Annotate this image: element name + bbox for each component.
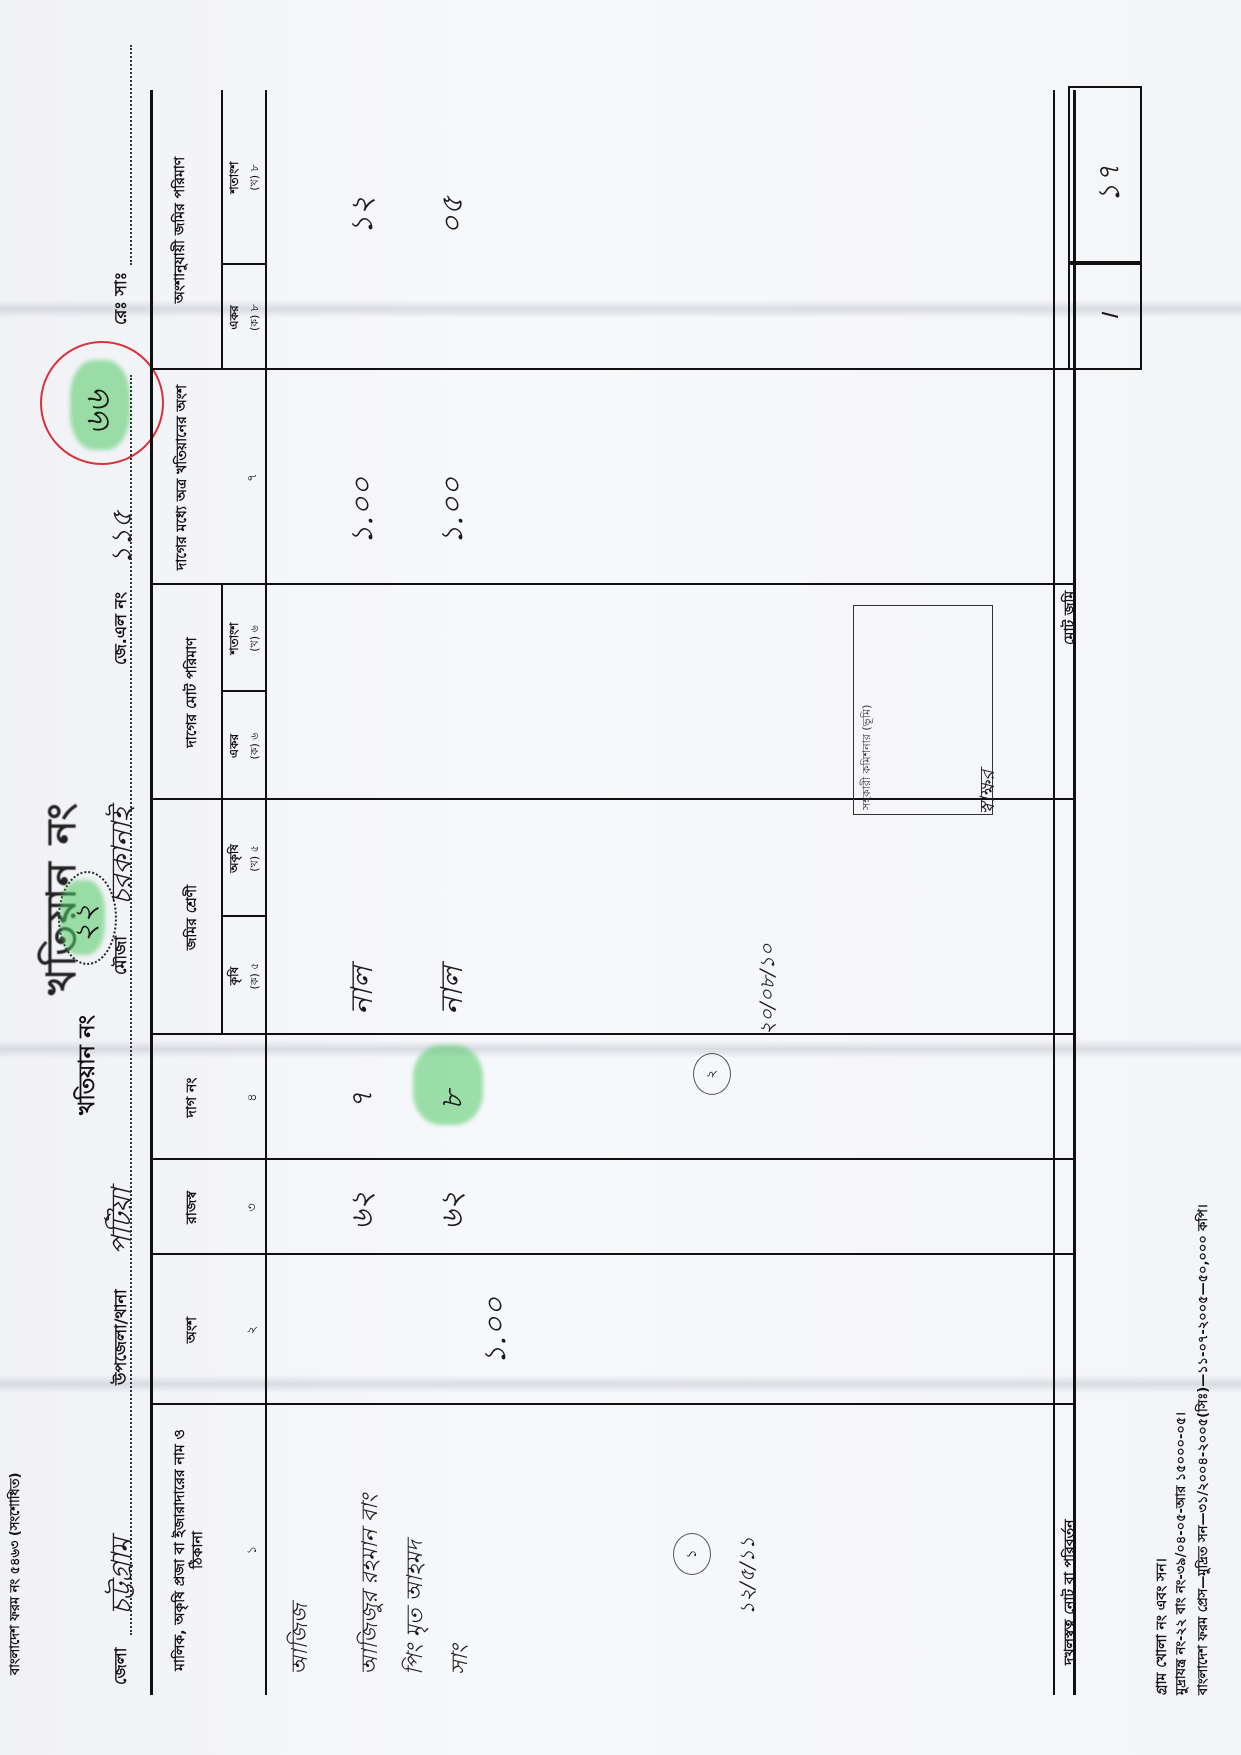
header-decimal: শতাংশ: [227, 90, 243, 265]
area-decimal-value: ১২: [338, 196, 389, 235]
scanned-page: বাংলাদেশ ফরম নং ৫৪৬৩ (সংশোধিত) খতিয়ান ন…: [0, 0, 1241, 1755]
col-number: ৩: [243, 1160, 264, 1255]
header-dag-no: দাগ নং: [183, 1035, 201, 1160]
footer-line-2: মুদ্রাযন্ত্র নং-২২ বাং নং-৩৯/০৪-০৫-আর ১৫…: [1172, 1412, 1193, 1695]
footer-line-3: বাংলাদেশ ফরম প্রেস—মুদ্রিত সন—৩১/২০০৪-২০…: [1194, 1204, 1215, 1695]
share-value: ১.০০: [471, 1297, 522, 1365]
annotation-date: ২০/০৮/১০: [753, 944, 786, 1035]
total-acre-box: ।: [1068, 261, 1142, 370]
owner-entry: পিং মৃত আহমদ: [398, 1541, 435, 1675]
resa-label: রেঃ সাঃ: [108, 272, 135, 325]
khatian-share-value: ১.০০: [338, 477, 389, 545]
owner-entry: সাং: [443, 1645, 480, 1675]
footer-line-1: গ্রাম খোলা নং এবং সন।: [1150, 1558, 1174, 1695]
total-label: মোট জমি: [1058, 591, 1082, 645]
district-label: জেলা: [108, 1648, 135, 1685]
upazila-value: পটিয়া: [100, 1188, 147, 1255]
total-decimal: ১৭: [1085, 164, 1136, 203]
header-khatian-share: দাগের মধ্যে অত্র খতিয়ানের অংশ: [173, 370, 191, 585]
revenue-value: ৬২: [428, 1191, 479, 1230]
khatian-table: মালিক, অকৃষি প্রজা বা ইজারাদারের নাম ও ঠ…: [150, 90, 1076, 1695]
col-number: ২: [243, 1255, 264, 1405]
mouza-value: চরকানাই: [100, 807, 147, 905]
annotation-circle: ২: [693, 1053, 731, 1095]
col-number: ৪: [243, 1035, 264, 1160]
col-number: (ক) ৮: [246, 265, 265, 370]
header-acre: একর: [227, 692, 243, 800]
header-land-class: জমির শ্রেণী: [183, 800, 201, 1035]
annotation-circle-text: ২: [700, 1069, 724, 1078]
owner-entry: আজিজুর রহমান বাং: [353, 1494, 390, 1675]
revenue-value: ৬২: [338, 1191, 389, 1230]
header-share: অংশ: [183, 1255, 201, 1405]
annotation-circle: ১: [673, 1533, 711, 1575]
signature: স্বাক্ষর: [973, 770, 1006, 815]
col-number: (খ) ৬: [246, 585, 265, 692]
header-agri: কৃষি: [227, 917, 243, 1035]
annotation-date: ১২/৫/১১: [733, 1537, 766, 1615]
official-stamp: সহকারী কমিশনার (ভূমি): [853, 605, 993, 815]
form-code: বাংলাদেশ ফরম নং ৫৪৬৩ (সংশোধিত): [6, 1473, 27, 1675]
land-class-value: নাল: [338, 966, 389, 1015]
remarks-label: দখলস্বত্ব নোট বা পরিবর্তন: [1058, 1519, 1082, 1665]
header-revenue: রাজস্ব: [183, 1160, 201, 1255]
header-proportional-area: অংশানুযায়ী জমির পরিমাণ: [171, 90, 189, 370]
header-dag-total: দাগের মোট পরিমাণ: [183, 585, 201, 800]
header-owner: মালিক, অকৃষি প্রজা বা ইজারাদারের নাম ও ঠ…: [171, 1415, 207, 1685]
col-number: (ক) ৫: [246, 917, 265, 1035]
total-decimal-box: ১৭: [1068, 86, 1142, 265]
col-number: ১: [243, 1415, 264, 1685]
stamp-text: সহকারী কমিশনার (ভূমি): [860, 705, 873, 810]
green-highlight: [413, 1045, 483, 1125]
total-acre: ।: [1090, 313, 1126, 323]
col-number: (খ) ৮: [246, 90, 265, 265]
land-class-value: নাল: [428, 966, 479, 1015]
area-decimal-value: ০৫: [428, 196, 479, 235]
header-line: জেলা চট্টগ্রাম উপজেলা/থানা পটিয়া মৌজা চ…: [100, 35, 140, 1695]
khatian-form: বাংলাদেশ ফরম নং ৫৪৬৩ (সংশোধিত) খতিয়ান ন…: [0, 0, 1241, 1755]
header-decimal: শতাংশ: [227, 585, 243, 692]
owner-entry: আজিজ: [283, 1604, 320, 1675]
col-number: (খ) ৫: [246, 800, 265, 917]
jl-value: ১১৫: [100, 510, 147, 565]
district-value: চট্টগ্রাম: [100, 1538, 147, 1615]
col-number: ৭: [243, 370, 264, 585]
khatian-share-value: ১.০০: [428, 477, 479, 545]
header-non-agri: অকৃষি: [227, 800, 243, 917]
header-acre: একর: [227, 265, 243, 370]
dag-no-value: ৮: [428, 1091, 479, 1110]
dag-no-value: ৭: [338, 1090, 389, 1110]
annotation-circle-text: ১: [680, 1549, 704, 1558]
col-number: (ক) ৬: [246, 692, 265, 800]
